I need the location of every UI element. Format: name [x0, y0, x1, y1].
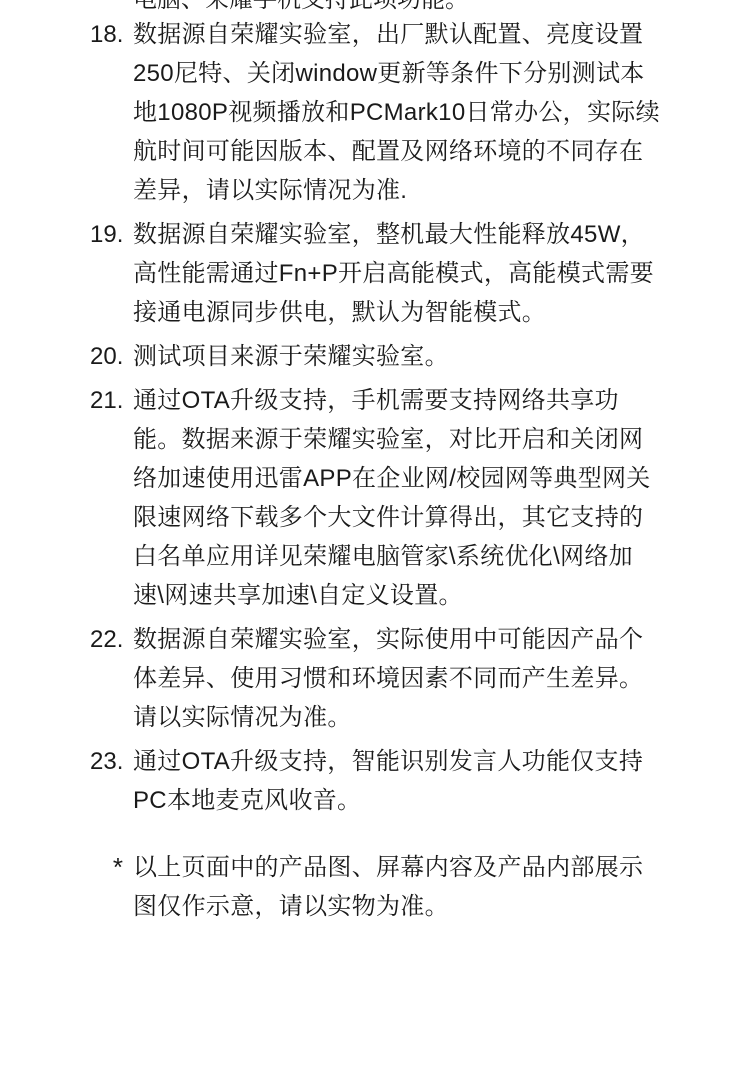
note-item-18: 18. 数据源自荣耀实验室，出厂默认配置、亮度设置 250尼特、关闭window…: [0, 15, 750, 210]
note-number: 19.: [90, 215, 123, 254]
note-text: 数据源自荣耀实验室，整机最大性能释放45W， 高性能需通过Fn+P开启高能模式，…: [133, 215, 654, 332]
note-number: 21.: [90, 381, 123, 420]
note-text: 数据源自荣耀实验室，实际使用中可能因产品个 体差异、使用习惯和环境因素不同而产生…: [133, 620, 643, 737]
footnote: * 以上页面中的产品图、屏幕内容及产品内部展示 图仅作示意，请以实物为准。: [0, 848, 750, 926]
note-number: 22.: [90, 620, 123, 659]
footnote-text: 以上页面中的产品图、屏幕内容及产品内部展示 图仅作示意，请以实物为准。: [133, 848, 643, 926]
clipped-top-note-line: 电脑、荣耀手机支持此项功能。: [133, 0, 750, 12]
note-number: 20.: [90, 337, 123, 376]
note-item-19: 19. 数据源自荣耀实验室，整机最大性能释放45W， 高性能需通过Fn+P开启高…: [0, 215, 750, 332]
note-item-22: 22. 数据源自荣耀实验室，实际使用中可能因产品个 体差异、使用习惯和环境因素不…: [0, 620, 750, 737]
note-number: 23.: [90, 742, 123, 781]
clipped-note-text: 电脑、荣耀手机支持此项功能。: [133, 0, 750, 12]
note-text: 数据源自荣耀实验室，出厂默认配置、亮度设置 250尼特、关闭window更新等条…: [133, 15, 660, 210]
note-text: 通过OTA升级支持，手机需要支持网络共享功 能。数据来源于荣耀实验室，对比开启和…: [133, 381, 651, 615]
numbered-notes-list: 18. 数据源自荣耀实验室，出厂默认配置、亮度设置 250尼特、关闭window…: [0, 15, 750, 820]
note-item-23: 23. 通过OTA升级支持，智能识别发言人功能仅支持 PC本地麦克风收音。: [0, 742, 750, 820]
note-text: 测试项目来源于荣耀实验室。: [133, 337, 449, 376]
note-item-21: 21. 通过OTA升级支持，手机需要支持网络共享功 能。数据来源于荣耀实验室，对…: [0, 381, 750, 615]
note-item-20: 20. 测试项目来源于荣耀实验室。: [0, 337, 750, 376]
note-number: 18.: [90, 15, 123, 54]
disclaimer-notes-page: 电脑、荣耀手机支持此项功能。 18. 数据源自荣耀实验室，出厂默认配置、亮度设置…: [0, 0, 750, 1074]
note-text: 通过OTA升级支持，智能识别发言人功能仅支持 PC本地麦克风收音。: [133, 742, 643, 820]
footnote-marker: *: [90, 848, 123, 887]
